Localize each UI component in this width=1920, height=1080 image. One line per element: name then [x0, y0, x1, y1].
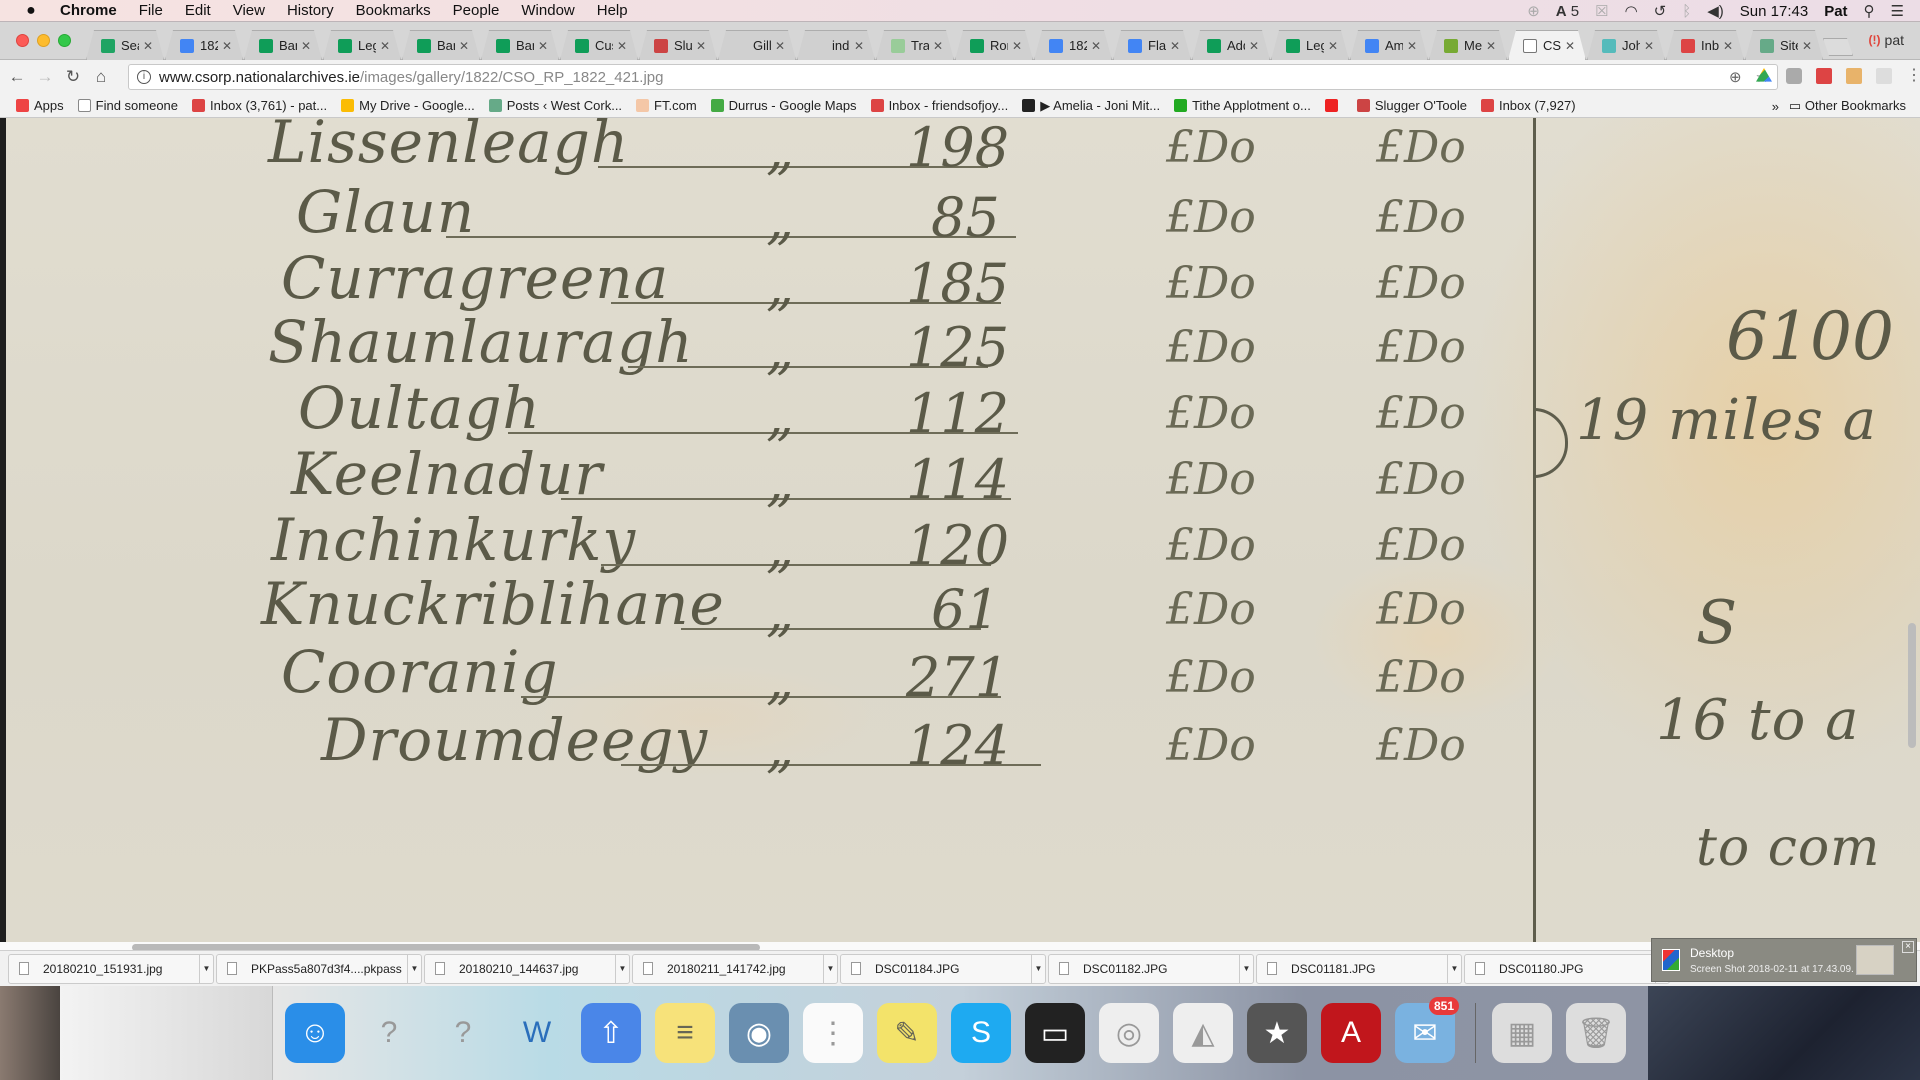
gmail-icon [871, 99, 884, 112]
tab-ame[interactable]: Ame✕ [1350, 30, 1428, 60]
time-machine-icon[interactable]: ↺ [1654, 2, 1667, 20]
close-tab-icon[interactable]: ✕ [775, 39, 785, 53]
new-tab-button[interactable] [1823, 38, 1853, 56]
acreage-number: 114 [906, 448, 1009, 511]
townland-name: Cooranig [281, 638, 559, 706]
tab-ronl[interactable]: Ronl✕ [955, 30, 1033, 60]
zoom-icon[interactable]: ⊕ [1729, 68, 1742, 86]
file-icon [1267, 962, 1277, 975]
user-name[interactable]: Pat [1824, 3, 1847, 20]
ditto-column-1: £Do [1166, 322, 1256, 373]
bookmarks-overflow-button[interactable]: » [1772, 99, 1779, 114]
tab-slug[interactable]: Slug✕ [639, 30, 717, 60]
file-icon [851, 962, 861, 975]
close-tab-icon[interactable]: ✕ [1091, 39, 1101, 53]
ft-icon [636, 99, 649, 112]
tab-bant[interactable]: Bant✕ [244, 30, 322, 60]
tab-1825[interactable]: 1825✕ [1034, 30, 1112, 60]
bluetooth-icon[interactable]: ᛒ [1682, 3, 1691, 20]
camera-extension-icon[interactable] [1786, 68, 1802, 84]
chrome-menu-icon[interactable]: ⋮ [1906, 68, 1910, 84]
bookmark-item[interactable]: Tithe Applotment o... [1174, 98, 1311, 113]
spotify-icon [1022, 99, 1035, 112]
acreage-number: 124 [906, 714, 1009, 777]
download-item[interactable]: DSC01181.JPG▼ [1256, 954, 1462, 984]
gmail-icon [1481, 99, 1494, 112]
ditto-column-2: £Do [1376, 322, 1466, 373]
screenshot-thumbnail [1856, 945, 1894, 975]
dock-hp-printer-icon[interactable]: ▭ [1025, 1003, 1085, 1063]
bookmark-item[interactable]: Slugger O'Toole [1357, 98, 1467, 113]
tab-john[interactable]: John✕ [1587, 30, 1665, 60]
file-icon [19, 962, 29, 975]
url-host: www.csorp.nationalarchives.ie [159, 69, 360, 86]
tab-title: Tran [911, 38, 929, 53]
tab-title: Bant [279, 38, 297, 53]
dock-finder-icon[interactable]: ☺ [285, 1003, 345, 1063]
site-info-icon[interactable]: i [137, 70, 151, 84]
download-options-chevron-icon[interactable]: ▼ [1239, 955, 1253, 983]
close-tab-icon[interactable]: ✕ [854, 39, 864, 53]
bookmark-label: ▶ Amelia - Joni Mit... [1040, 98, 1160, 114]
download-filename: PKPass5a807d3f4....pkpass [251, 962, 402, 976]
acreage-number: 112 [906, 382, 1009, 445]
dock-glyph: ▭ [1041, 1016, 1069, 1051]
profile-sync-error-icon: (!) [1869, 33, 1881, 47]
shamrock-icon [1174, 99, 1187, 112]
google-docs-icon [1128, 39, 1142, 53]
manuscript-image: 6100 19 miles a S 16 to a to com Lissenl… [6, 118, 1920, 942]
dock-glyph: ? [455, 1016, 472, 1050]
dock-glyph: ▦ [1508, 1016, 1536, 1051]
dock-glyph: S [971, 1016, 991, 1050]
townland-name: Keelnadur [291, 440, 603, 508]
download-options-chevron-icon[interactable]: ▼ [823, 955, 837, 983]
google-sheets-icon [338, 39, 352, 53]
tab-1822[interactable]: 1822✕ [165, 30, 243, 60]
file-icon [435, 962, 445, 975]
download-options-chevron-icon[interactable]: ▼ [1031, 955, 1045, 983]
notification-body: Screen Shot 2018-02-11 at 17.43.09. [1690, 964, 1854, 975]
download-filename: DSC01180.JPG [1499, 962, 1584, 976]
dock-glyph: ⇧ [598, 1016, 623, 1051]
download-item[interactable]: 20180211_141742.jpg▼ [632, 954, 838, 984]
dock-picasa-icon[interactable]: ◭ [1173, 1003, 1233, 1063]
bookmark-item[interactable]: Inbox (7,927) [1481, 98, 1576, 113]
menu-app-chrome[interactable]: Chrome [60, 2, 117, 19]
close-tab-icon[interactable]: ✕ [617, 39, 627, 53]
close-tab-icon[interactable]: ✕ [301, 39, 311, 53]
ditto-column-1: £Do [1166, 584, 1256, 635]
tab-title: Ame [1385, 38, 1403, 53]
menu-view[interactable]: View [233, 2, 265, 19]
tab-inde[interactable]: inde✕ [797, 30, 875, 60]
download-options-chevron-icon[interactable]: ▼ [407, 955, 421, 983]
dock-iphoto-library-icon[interactable]: ★ [1247, 1003, 1307, 1063]
profile-button[interactable]: (!) pat [1869, 32, 1904, 48]
google-sheets-icon [1207, 39, 1221, 53]
close-notification-button[interactable]: × [1902, 941, 1914, 953]
ditto-column-1: £Do [1166, 720, 1256, 771]
dock-unknown-app-icon[interactable]: ? [359, 1003, 419, 1063]
google-sheets-icon [970, 39, 984, 53]
download-item[interactable]: DSC01182.JPG▼ [1048, 954, 1254, 984]
tab-lega[interactable]: Lega✕ [323, 30, 401, 60]
apple-menu-icon[interactable]: ● [20, 2, 42, 20]
vertical-scrollbar-thumb[interactable] [1908, 623, 1916, 748]
ditto-column-2: £Do [1376, 584, 1466, 635]
dock-unknown-app-icon[interactable]: ? [433, 1003, 493, 1063]
slugger-icon [654, 39, 668, 53]
download-options-chevron-icon[interactable]: ▼ [199, 955, 213, 983]
townland-name: Lissenleagh [268, 118, 629, 176]
bookmark-label: Inbox - friendsofjoy... [889, 98, 1009, 113]
menu-help[interactable]: Help [597, 2, 628, 19]
download-options-chevron-icon[interactable]: ▼ [1447, 955, 1461, 983]
manuscript-brace [1534, 408, 1568, 478]
file-icon [643, 962, 653, 975]
disabled-extension-icon[interactable] [1876, 68, 1892, 84]
ditto-column-2: £Do [1376, 122, 1466, 173]
reload-button[interactable]: ↻ [62, 67, 84, 87]
townland-name: Inchinkurky [271, 506, 636, 574]
acreage-number: 120 [906, 514, 1009, 577]
acreage-number: 198 [906, 118, 1009, 179]
close-tab-icon[interactable]: ✕ [1328, 39, 1338, 53]
close-tab-icon[interactable]: ✕ [1486, 39, 1496, 53]
bookmark-item[interactable] [1325, 99, 1343, 112]
bookmark-item[interactable]: Apps [16, 98, 64, 113]
ditto-mark: „ [766, 118, 794, 181]
bookmark-item[interactable]: Posts ‹ West Cork... [489, 98, 622, 113]
dock-preview-icon[interactable]: ◉ [729, 1003, 789, 1063]
ditto-column-1: £Do [1166, 388, 1256, 439]
tab-title: 1825 [1069, 38, 1087, 53]
menu-window[interactable]: Window [521, 2, 574, 19]
ditto-column-2: £Do [1376, 192, 1466, 243]
dock-microsoft-word-icon[interactable]: W [507, 1003, 567, 1063]
ditto-column-2: £Do [1376, 720, 1466, 771]
townland-name: Knuckriblihane [261, 570, 725, 638]
close-tab-icon[interactable]: ✕ [1565, 39, 1575, 53]
bookmark-label: Inbox (3,761) - pat... [210, 98, 327, 113]
slugger-icon [1357, 99, 1370, 112]
tab-cso[interactable]: CSO✕ [1508, 30, 1586, 60]
dock-mail-icon[interactable]: ✉851 [1395, 1003, 1455, 1063]
tab-title: CSO [1543, 38, 1561, 53]
file-icon [227, 962, 237, 975]
ditto-mark: „ [766, 384, 794, 447]
screenshot-notification[interactable]: Desktop Screen Shot 2018-02-11 at 17.43.… [1651, 938, 1917, 982]
tab-title: Lega [1306, 38, 1324, 53]
google-sheets-icon [575, 39, 589, 53]
download-filename: DSC01181.JPG [1291, 962, 1376, 976]
ditto-mark: „ [766, 580, 794, 643]
rd-icon [1444, 39, 1458, 53]
bookmark-label: FT.com [654, 98, 697, 113]
dock-glyph: 🗑 [1577, 1016, 1615, 1051]
menu-extras: ⊕ A 5 ☒ ◠ ↺ ᛒ ◀) Sun 17:43 Pat ⚲ ☰ [1527, 0, 1904, 22]
acreage-number: 125 [906, 316, 1009, 379]
tab-title: Inbo [1701, 38, 1719, 53]
back-button[interactable]: ← [6, 67, 28, 87]
tab-lega[interactable]: Lega✕ [1271, 30, 1349, 60]
acreage-number: 85 [931, 186, 1000, 249]
download-options-chevron-icon[interactable]: ▼ [615, 955, 629, 983]
download-item[interactable]: 20180210_144637.jpg▼ [424, 954, 630, 984]
dock-glyph: A [1341, 1016, 1361, 1050]
ditto-mark: „ [766, 188, 794, 251]
tab-title: Sear [121, 38, 139, 53]
toolbar-extension-icon[interactable] [1846, 68, 1862, 84]
url-path: /images/gallery/1822/CSO_RP_1822_421.jpg [360, 69, 664, 86]
menu-file[interactable]: File [139, 2, 163, 19]
tab-inbo[interactable]: Inbo✕ [1666, 30, 1744, 60]
tab-title: Slug [674, 38, 692, 53]
tab-flax[interactable]: Flax✕ [1113, 30, 1191, 60]
apps-grid-icon [16, 99, 29, 112]
google-drive-icon [341, 99, 354, 112]
close-tab-icon[interactable]: ✕ [696, 39, 706, 53]
ditto-column-2: £Do [1376, 520, 1466, 571]
ditto-mark: „ [766, 716, 794, 779]
ditto-mark: „ [766, 450, 794, 513]
menu-history[interactable]: History [287, 2, 334, 19]
menu-people[interactable]: People [453, 2, 500, 19]
dock-glyph: ◎ [1116, 1016, 1142, 1051]
dock-reminders-icon[interactable]: ⋮ [803, 1003, 863, 1063]
bookmarks-bar: AppsFind someoneInbox (3,761) - pat...My… [0, 94, 1920, 118]
bookmark-item[interactable]: FT.com [636, 98, 697, 113]
close-box-icon[interactable]: ☒ [1595, 2, 1608, 20]
close-tab-icon[interactable]: ✕ [1644, 39, 1654, 53]
ditto-column-1: £Do [1166, 192, 1256, 243]
notification-center-icon[interactable]: ☰ [1891, 2, 1904, 20]
google-maps-icon [711, 99, 724, 112]
file-icon [1059, 962, 1069, 975]
tab-mem[interactable]: Mem✕ [1429, 30, 1507, 60]
clock[interactable]: Sun 17:43 [1740, 3, 1808, 20]
other-bookmarks-folder[interactable]: ▭ Other Bookmarks [1789, 98, 1906, 114]
tab-cust[interactable]: Cust✕ [560, 30, 638, 60]
bookmark-label: My Drive - Google... [359, 98, 475, 113]
tab-bant[interactable]: Bant✕ [402, 30, 480, 60]
close-tab-icon[interactable]: ✕ [933, 39, 943, 53]
spotlight-search-icon[interactable]: ⚲ [1864, 2, 1875, 20]
dock-glyph: ★ [1264, 1016, 1291, 1051]
margin-note: 6100 [1726, 298, 1894, 375]
preview-app-icon [1662, 949, 1680, 971]
tab-title: inde [832, 38, 850, 53]
ditto-column-2: £Do [1376, 258, 1466, 309]
youtube-icon [1325, 99, 1338, 112]
bookmark-label: Inbox (7,927) [1499, 98, 1576, 113]
tab-title: Gilln [753, 38, 771, 53]
tab-title: 1822 [200, 38, 218, 53]
dock-google-chrome-icon[interactable]: ◎ [1099, 1003, 1159, 1063]
dock-glyph: W [523, 1016, 551, 1050]
bookmark-label: Apps [34, 98, 64, 113]
dock-picasa-photo-viewer-icon[interactable]: ▦ [1492, 1003, 1552, 1063]
dock: ☺??W⇧≡◉⋮✎S▭◎◭★A✉851▦🗑 [272, 986, 1648, 1080]
ditto-column-2: £Do [1376, 454, 1466, 505]
dock-notes-icon[interactable]: ≡ [655, 1003, 715, 1063]
ditto-column-1: £Do [1166, 122, 1256, 173]
tree-icon [891, 39, 905, 53]
rte-icon [1602, 39, 1616, 53]
bookmark-item[interactable]: My Drive - Google... [341, 98, 475, 113]
folder-icon: ▭ [1789, 98, 1801, 113]
menu-bookmarks[interactable]: Bookmarks [356, 2, 431, 19]
close-tab-icon[interactable]: ✕ [222, 39, 232, 53]
download-filename: 20180211_141742.jpg [667, 962, 786, 976]
address-bar[interactable]: i www.csorp.nationalarchives.ie/images/g… [128, 64, 1778, 90]
ditto-mark: „ [766, 254, 794, 317]
google-sheets-icon [1286, 39, 1300, 53]
google-sheets-icon [496, 39, 510, 53]
dock-glyph: ✉ [1412, 1016, 1437, 1051]
dock-skype-icon[interactable]: S [951, 1003, 1011, 1063]
tab-bant[interactable]: Bant✕ [481, 30, 559, 60]
dock-glyph: ◭ [1191, 1016, 1214, 1051]
close-tab-icon[interactable]: ✕ [538, 39, 548, 53]
dock-glyph: ? [381, 1016, 398, 1050]
tab-title: John [1622, 38, 1640, 53]
zoom-window-button[interactable] [58, 34, 71, 47]
gmail-extension-icon[interactable] [1816, 68, 1832, 84]
close-tab-icon[interactable]: ✕ [459, 39, 469, 53]
bookmark-label: Find someone [96, 98, 178, 113]
tab-gilln[interactable]: Gilln✕ [718, 30, 796, 60]
google-docs-icon [1365, 39, 1379, 53]
download-filename: 20180210_144637.jpg [459, 962, 578, 976]
close-tab-icon[interactable]: ✕ [143, 39, 153, 53]
manuscript-ruled-line [1533, 118, 1536, 942]
dock-stickies-icon[interactable]: ✎ [877, 1003, 937, 1063]
tab-title: Bant [516, 38, 534, 53]
close-tab-icon[interactable]: ✕ [1012, 39, 1022, 53]
acreage-number: 271 [906, 646, 1009, 709]
tab-title: Flax [1148, 38, 1166, 53]
bookmark-item[interactable]: Inbox (3,761) - pat... [192, 98, 327, 113]
tab-addi[interactable]: Addi✕ [1192, 30, 1270, 60]
close-window-button[interactable] [16, 34, 29, 47]
download-item[interactable]: DSC01184.JPG▼ [840, 954, 1046, 984]
acreage-number: 185 [906, 252, 1009, 315]
acreage-number: 61 [931, 578, 1000, 641]
ditto-mark: „ [766, 648, 794, 711]
creative-cloud-icon[interactable]: ⊕ [1527, 2, 1540, 20]
download-filename: DSC01182.JPG [1083, 962, 1168, 976]
page-viewport[interactable]: 6100 19 miles a S 16 to a to com Lissenl… [0, 118, 1920, 942]
tab-title: Addi [1227, 38, 1245, 53]
tab-title: Mem [1464, 38, 1482, 53]
tab-title: Ronl [990, 38, 1008, 53]
minimize-window-button[interactable] [37, 34, 50, 47]
ditto-column-1: £Do [1166, 258, 1256, 309]
tab-site[interactable]: Site✕ [1745, 30, 1823, 60]
none-icon [733, 39, 747, 53]
dock-glyph: ◉ [746, 1016, 772, 1051]
ditto-column-1: £Do [1166, 520, 1256, 571]
download-item[interactable]: 20180210_151931.jpg▼ [8, 954, 214, 984]
dock-separator [1475, 1003, 1476, 1063]
tabs: Sear✕1822✕Bant✕Lega✕Bant✕Bant✕Cust✕Slug✕… [86, 30, 1824, 60]
page-icon [78, 99, 91, 112]
close-tab-icon[interactable]: ✕ [1170, 39, 1180, 53]
dock-glyph: ≡ [676, 1016, 694, 1050]
tab-tran[interactable]: Tran✕ [876, 30, 954, 60]
ditto-mark: „ [766, 516, 794, 579]
browser-toolbar: ← → ↻ ⌂ i www.csorp.nationalarchives.ie/… [0, 60, 1920, 94]
tab-sear[interactable]: Sear✕ [86, 30, 164, 60]
volume-icon[interactable]: ◀) [1707, 2, 1724, 20]
landscape-icon [489, 99, 502, 112]
close-tab-icon[interactable]: ✕ [1723, 39, 1733, 53]
adobe-count: 5 [1571, 3, 1579, 20]
tab-title: Bant [437, 38, 455, 53]
unread-badge: 851 [1429, 997, 1459, 1015]
google-docs-icon [1049, 39, 1063, 53]
google-drive-extension-icon[interactable] [1756, 68, 1772, 84]
google-sheets-icon [259, 39, 273, 53]
ditto-column-2: £Do [1376, 388, 1466, 439]
forward-button[interactable]: → [34, 67, 56, 87]
gmail-icon [192, 99, 205, 112]
dock-adobe-acrobat-reader-icon[interactable]: A [1321, 1003, 1381, 1063]
close-tab-icon[interactable]: ✕ [1802, 39, 1812, 53]
margin-note: 16 to a [1656, 688, 1859, 753]
wifi-icon[interactable]: ◠ [1625, 2, 1638, 20]
menu-edit[interactable]: Edit [185, 2, 211, 19]
tab-title: Cust [595, 38, 613, 53]
file-icon [1475, 962, 1485, 975]
bookmark-item[interactable]: Durrus - Google Maps [711, 98, 857, 113]
margin-note: S [1696, 588, 1738, 658]
adobe-icon[interactable]: A 5 [1556, 3, 1579, 20]
tab-strip: Sear✕1822✕Bant✕Lega✕Bant✕Bant✕Cust✕Slug✕… [0, 22, 1920, 60]
close-tab-icon[interactable]: ✕ [1249, 39, 1259, 53]
dock-google-drive-backup-icon[interactable]: ⇧ [581, 1003, 641, 1063]
desktop-wallpaper [1648, 986, 1920, 1080]
bookmark-item[interactable]: Inbox - friendsofjoy... [871, 98, 1009, 113]
ditto-column-1: £Do [1166, 652, 1256, 703]
download-item[interactable]: DSC01180.JPG▼ [1464, 954, 1670, 984]
macos-menu-bar: ● Chrome File Edit View History Bookmark… [0, 0, 1920, 22]
home-button[interactable]: ⌂ [90, 67, 112, 87]
bookmark-label: Durrus - Google Maps [729, 98, 857, 113]
landscape-icon [1760, 39, 1774, 53]
browser-window: Sear✕1822✕Bant✕Lega✕Bant✕Bant✕Cust✕Slug✕… [0, 22, 1920, 118]
margin-note: to com [1696, 818, 1880, 878]
desktop: ☺??W⇧≡◉⋮✎S▭◎◭★A✉851▦🗑 [0, 986, 1920, 1080]
bookmark-item[interactable]: Find someone [78, 98, 178, 113]
extensions: ⋮ [1756, 68, 1910, 84]
dock-glyph: ⋮ [818, 1016, 848, 1051]
bookmark-item[interactable]: ▶ Amelia - Joni Mit... [1022, 98, 1160, 114]
download-filename: 20180210_151931.jpg [43, 962, 162, 976]
bookmark-label: Slugger O'Toole [1375, 98, 1467, 113]
google-docs-icon [180, 39, 194, 53]
page-icon [1523, 39, 1537, 53]
margin-note: 19 miles a [1576, 388, 1877, 453]
tab-title: Lega [358, 38, 376, 53]
dock-trash-icon[interactable]: 🗑 [1566, 1003, 1626, 1063]
download-item[interactable]: PKPass5a807d3f4....pkpass▼ [216, 954, 422, 984]
close-tab-icon[interactable]: ✕ [1407, 39, 1417, 53]
close-tab-icon[interactable]: ✕ [380, 39, 390, 53]
none-icon [812, 39, 826, 53]
